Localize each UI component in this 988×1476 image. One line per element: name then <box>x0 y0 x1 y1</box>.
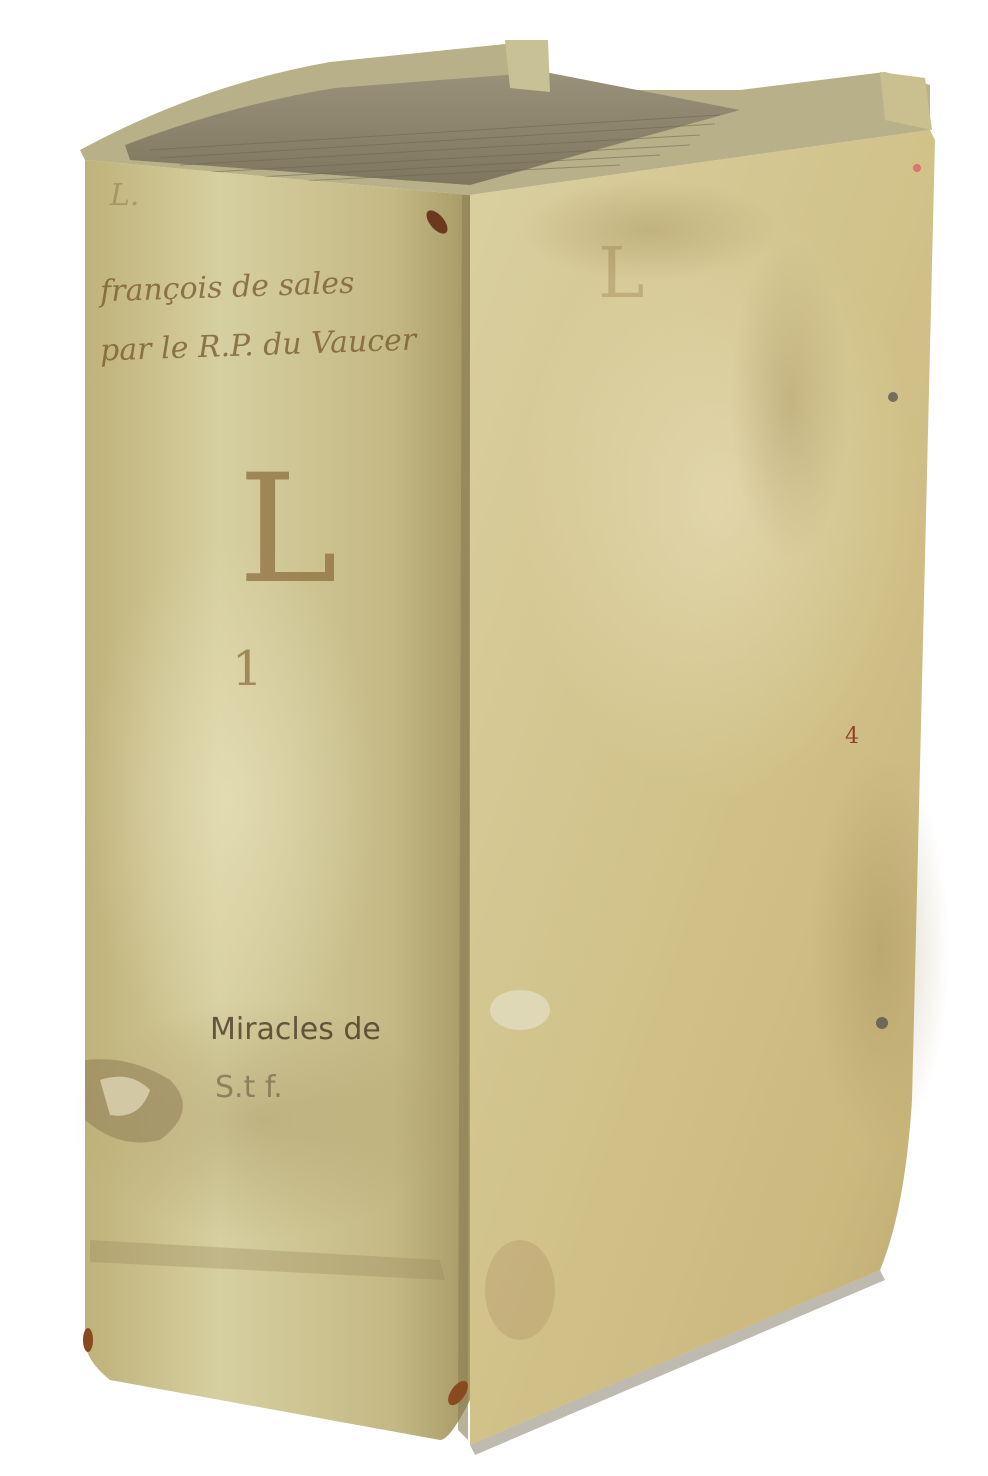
spine-inscription-line1: L. <box>110 178 139 213</box>
image-subject: Antique vellum-bound book <box>0 0 1 1</box>
cover-pencil-mark: L <box>598 232 644 314</box>
spine-label-line2: S.t f. <box>215 1070 283 1105</box>
cover-ink-mark: 4 <box>845 724 859 749</box>
spine-shelf-mark-number: 1 <box>232 645 263 693</box>
book-photo <box>0 0 988 1476</box>
spine-shelf-mark-letter: L <box>238 455 338 605</box>
spine-label-line1: Miracles de <box>210 1012 381 1047</box>
